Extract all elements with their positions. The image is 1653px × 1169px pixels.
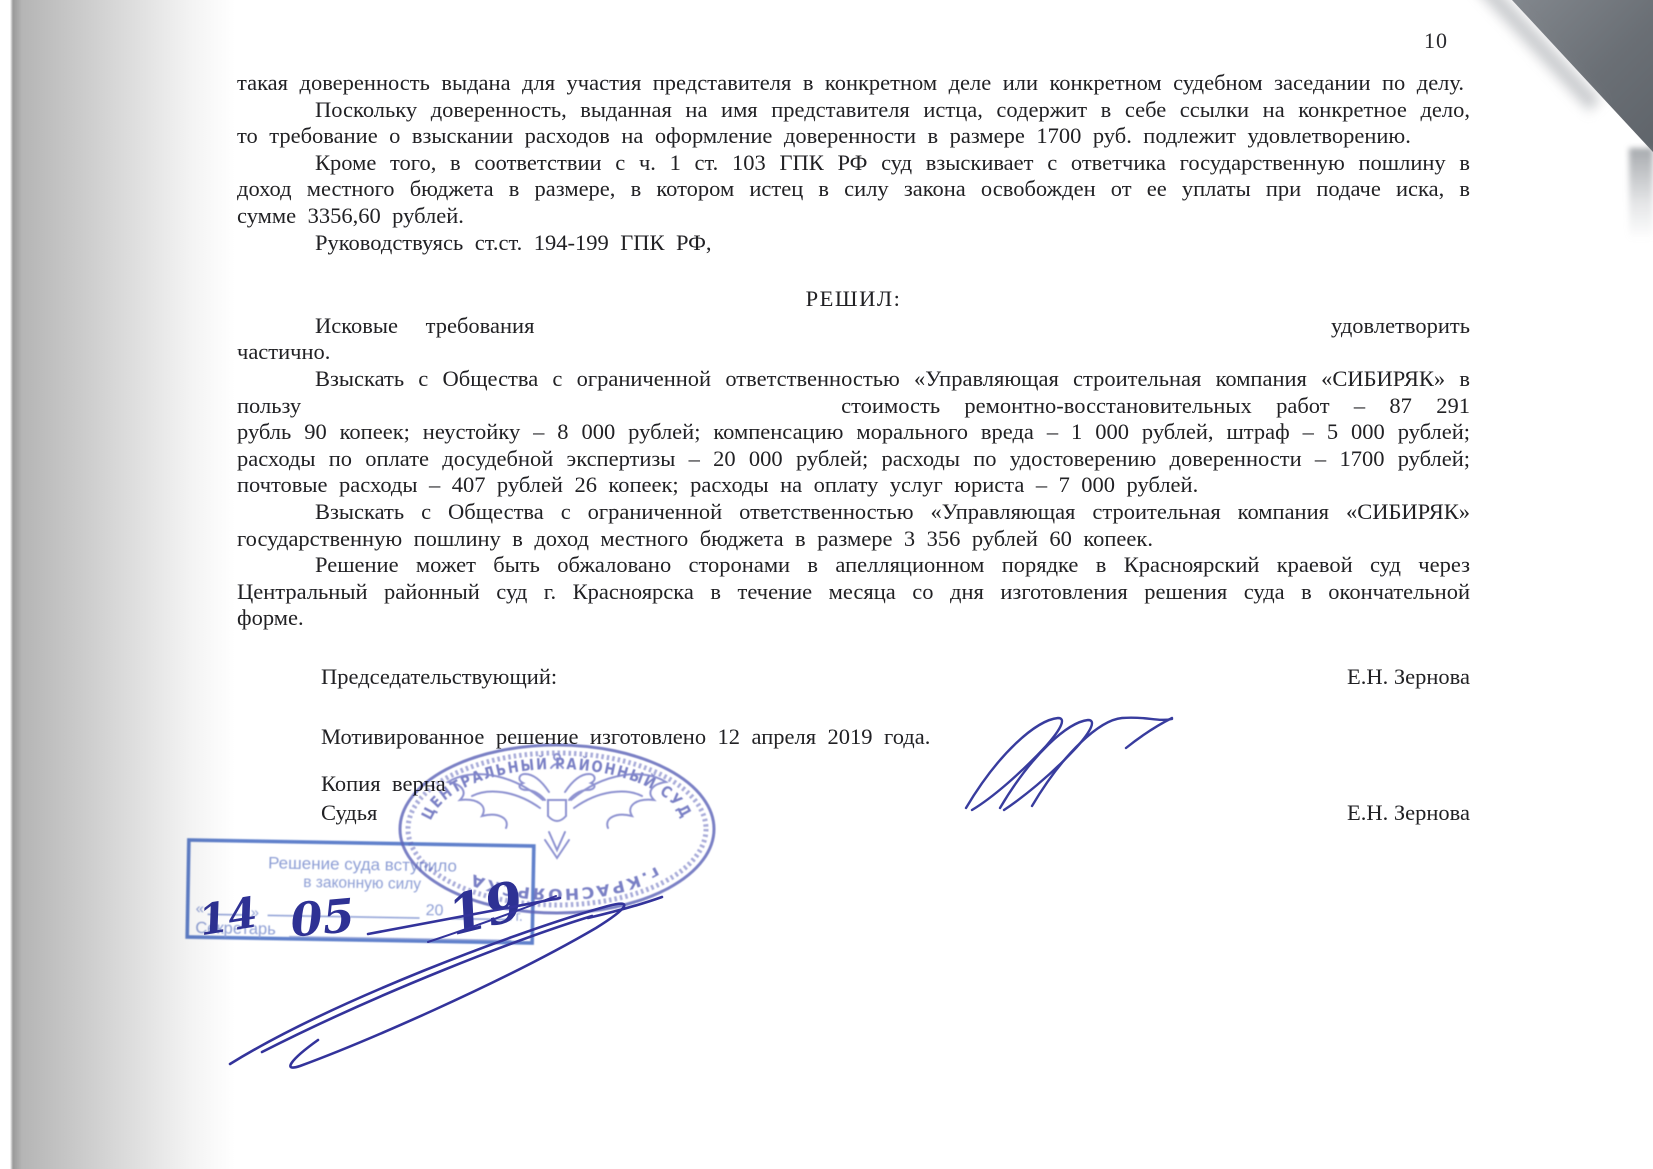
judge-label: Судья <box>321 800 377 827</box>
seal-text-bottom: г.КРАСНОЯРСКА <box>466 863 662 903</box>
presiding-name: Е.Н. Зернова <box>1347 664 1470 691</box>
claims-second-line: частично. <box>237 339 1470 366</box>
paragraph-guided-by: Руководствуясь ст.ст. 194-199 ГПК РФ, <box>237 230 1470 257</box>
resolution-heading: РЕШИЛ: <box>237 286 1470 313</box>
stamp-year-printed: 20 <box>426 902 444 919</box>
page-number: 10 <box>1424 28 1448 54</box>
motivated-decision-line: Мотивированное решение изготовлено 12 ап… <box>321 724 1470 751</box>
copy-true-line: Копия верна <box>321 771 1470 798</box>
handwritten-year: 19 <box>441 868 529 948</box>
document-body: такая доверенность выдана для участия пр… <box>237 70 1470 826</box>
paragraph-power-of-attorney: Поскольку доверенность, выданная на имя … <box>237 97 1470 150</box>
redacted-name-gap <box>301 412 841 413</box>
handwritten-month: 05 <box>288 888 356 947</box>
claims-left-text: Исковые требования <box>237 313 534 340</box>
paragraph-continuation: такая доверенность выдана для участия пр… <box>237 70 1470 97</box>
claims-line: Исковые требования удовлетворить <box>237 313 1470 340</box>
stamp-border <box>187 840 534 943</box>
folded-corner <box>1512 0 1653 152</box>
entered-into-force-stamp: Решение суда вступило в законную силу « … <box>187 840 534 943</box>
judge-name: Е.Н. Зернова <box>1347 800 1470 827</box>
stamp-line2: в законную силу <box>303 874 421 893</box>
edge-smudge <box>1629 148 1653 240</box>
claims-right-text: удовлетворить <box>1331 313 1470 340</box>
stamp-year-suffix: г. <box>515 908 523 924</box>
signature-block: Председательствующий: Е.Н. Зернова Мотив… <box>237 664 1470 826</box>
judge-row: Судья Е.Н. Зернова <box>321 800 1470 827</box>
secretary-signature <box>230 896 662 1068</box>
stamp-close-quote: » <box>250 904 259 921</box>
svg-text:г.КРАСНОЯРСКА: г.КРАСНОЯРСКА <box>466 863 662 903</box>
paragraph-state-duty: Кроме того, в соответствии с ч. 1 ст. 10… <box>237 150 1470 230</box>
presiding-row: Председательствующий: Е.Н. Зернова <box>321 664 1470 691</box>
paragraph-award: Взыскать с Общества с ограниченной ответ… <box>237 366 1470 499</box>
handwritten-day: 14 <box>195 888 260 946</box>
paragraph-duty-award: Взыскать с Общества с ограниченной ответ… <box>237 499 1470 552</box>
paragraph-appeal: Решение может быть обжаловано сторонами … <box>237 552 1470 632</box>
stamp-secretary-label: Секретарь <box>195 919 276 938</box>
stamp-open-quote: « <box>196 900 205 917</box>
presiding-label: Председательствующий: <box>321 664 557 691</box>
award-text-after-redaction: стоимость ремонтно-восстановительных раб… <box>237 393 1470 498</box>
handwritten-date: 14 05 19 <box>195 868 530 948</box>
stamp-line1: Решение суда вступило <box>268 853 457 875</box>
scan-left-shadow <box>0 0 240 1169</box>
